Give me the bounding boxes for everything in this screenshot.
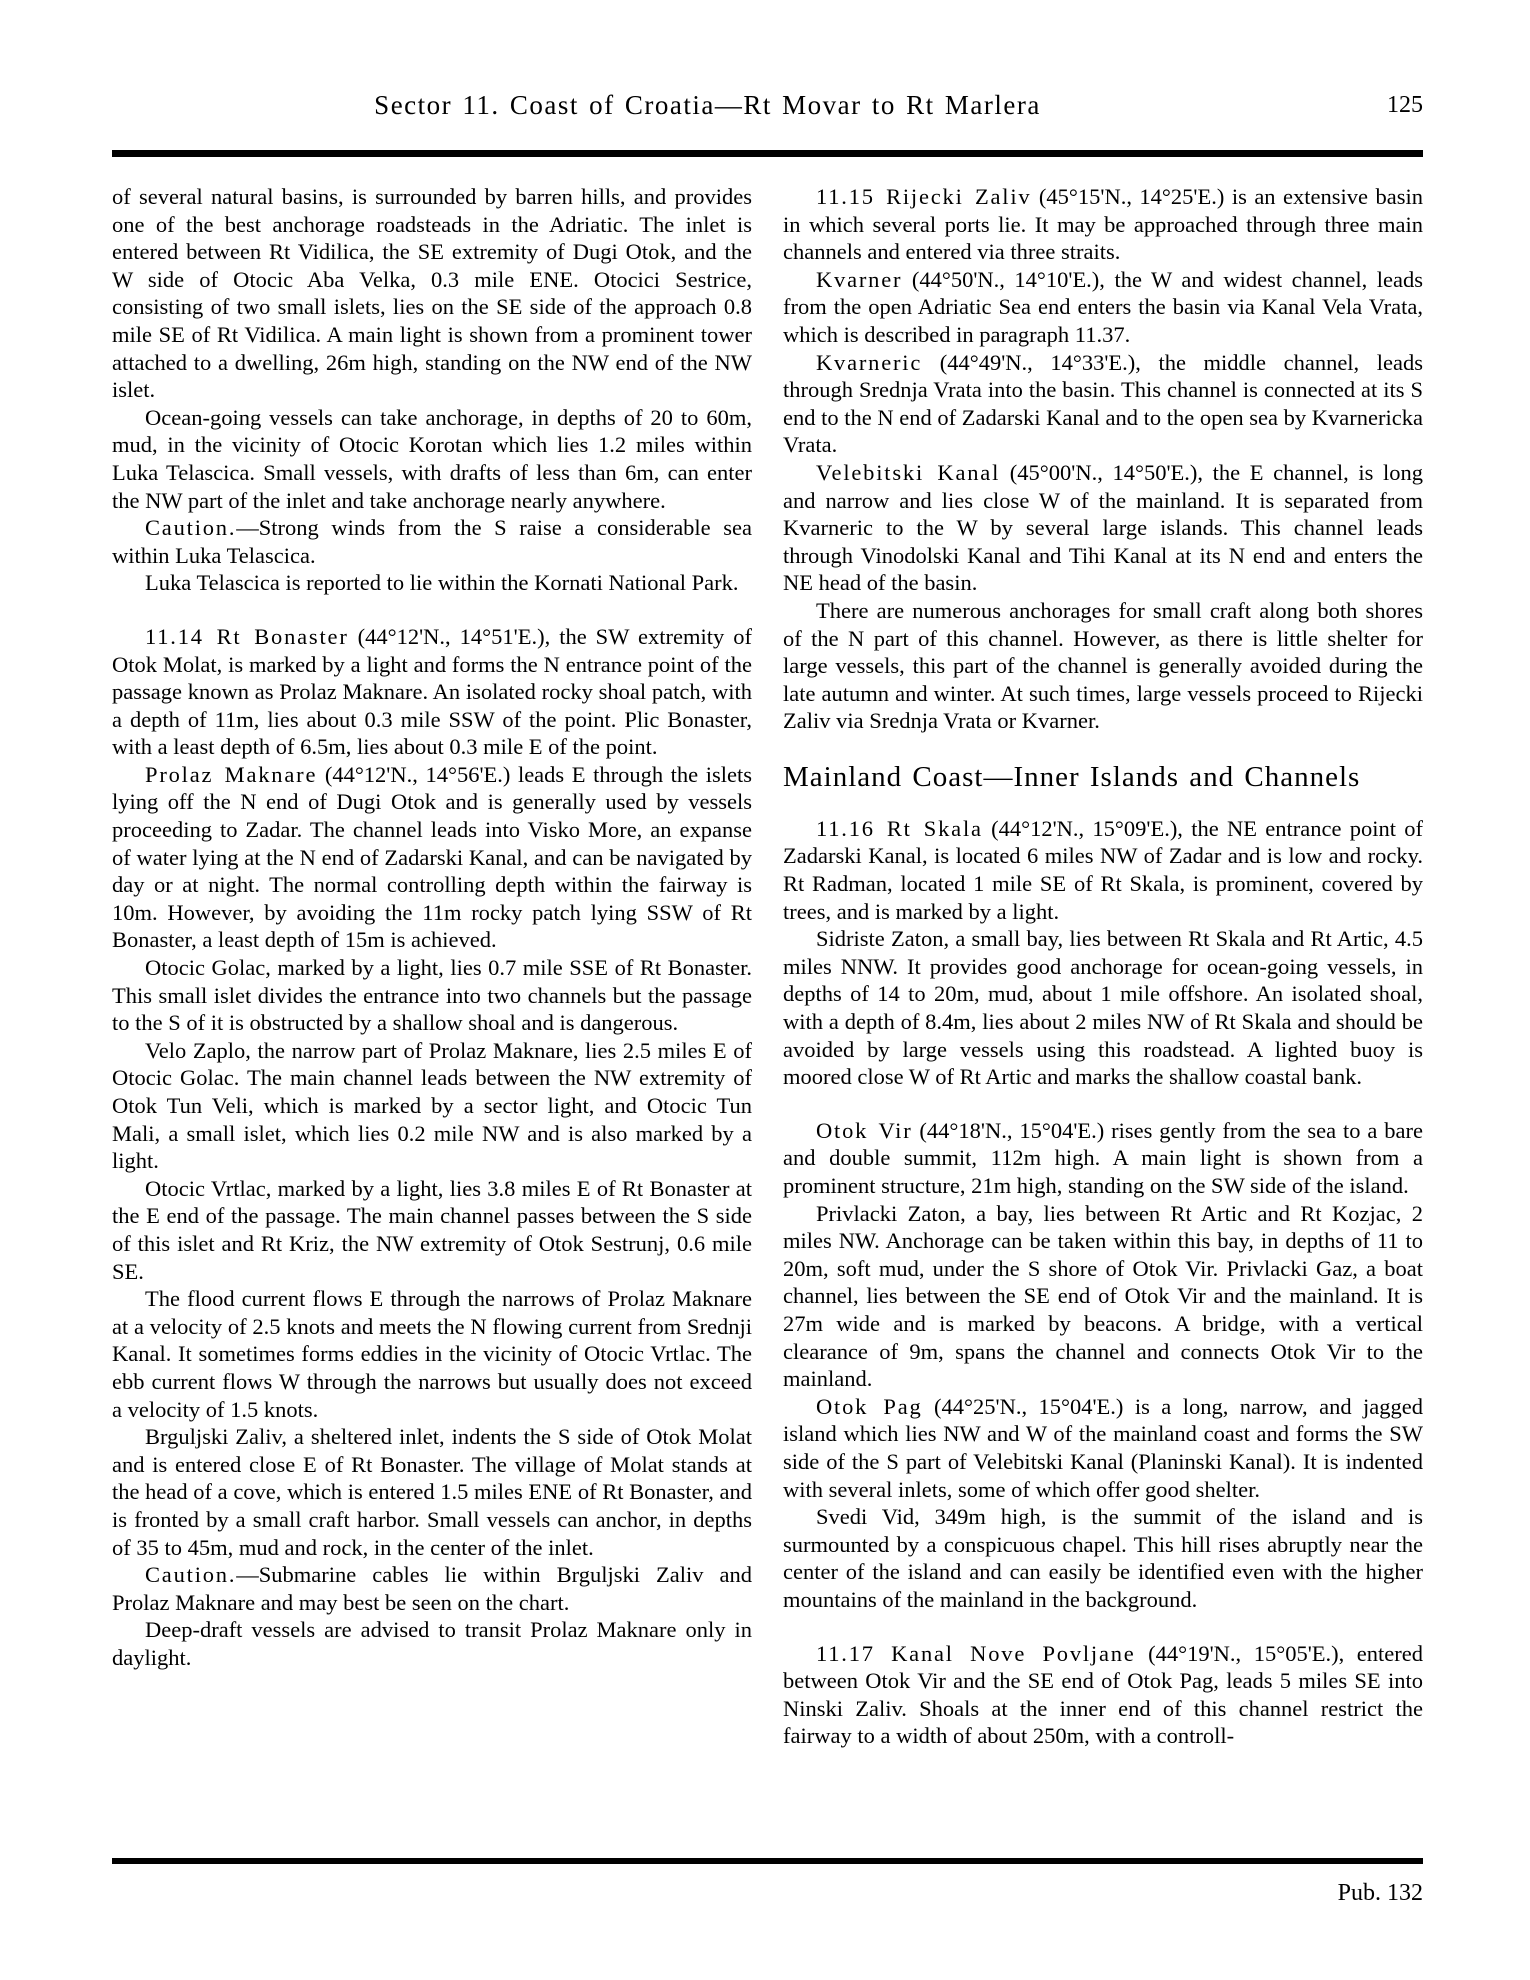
paragraph-lead: 11.17 Kanal Nove Povljane [816,1641,1136,1666]
paragraph: Sidriste Zaton, a small bay, lies betwee… [783,925,1423,1091]
header-rule [112,150,1423,157]
paragraph: The flood current flows E through the na… [112,1285,752,1423]
paragraph: Velo Zaplo, the narrow part of Prolaz Ma… [112,1037,752,1175]
paragraph: 11.14 Rt Bonaster (44°12'N., 14°51'E.), … [112,623,752,761]
paragraph-lead: 11.14 Rt Bonaster [145,624,349,649]
paragraph: Otocic Golac, marked by a light, lies 0.… [112,954,752,1037]
paragraph: Prolaz Maknare (44°12'N., 14°56'E.) lead… [112,761,752,954]
paragraph: 11.15 Rijecki Zaliv (45°15'N., 14°25'E.)… [783,183,1423,266]
page-footer: Pub. 132 [1338,1880,1423,1907]
paragraph: Svedi Vid, 349m high, is the summit of t… [783,1503,1423,1613]
paragraph: 11.16 Rt Skala (44°12'N., 15°09'E.), the… [783,815,1423,925]
paragraph: Kvarneric (44°49'N., 14°33'E.), the midd… [783,349,1423,459]
section-heading: Mainland Coast—Inner Islands and Channel… [783,761,1423,793]
paragraph: There are numerous anchorages for small … [783,597,1423,735]
paragraph-lead: Caution. [145,515,236,540]
paragraph: Luka Telascica is reported to lie within… [112,569,752,597]
paragraph-lead: Otok Vir [816,1118,913,1143]
paragraph-lead: Prolaz Maknare [145,762,317,787]
paragraph-lead: Otok Pag [816,1394,923,1419]
paragraph: of several natural basins, is surrounded… [112,183,752,404]
paragraph: Otok Vir (44°18'N., 15°04'E.) rises gent… [783,1117,1423,1200]
publication-number: Pub. 132 [1338,1880,1423,1906]
footer-rule [112,1858,1423,1864]
paragraph: Velebitski Kanal (45°00'N., 14°50'E.), t… [783,459,1423,597]
paragraph-lead: Kvarneric [816,350,922,375]
right-column: 11.15 Rijecki Zaliv (45°15'N., 14°25'E.)… [783,183,1423,1750]
paragraph: Brguljski Zaliv, a sheltered inlet, inde… [112,1423,752,1561]
paragraph: Privlacki Zaton, a bay, lies between Rt … [783,1200,1423,1393]
document-page: Sector 11. Coast of Croatia—Rt Movar to … [0,0,1530,1980]
paragraph-lead: Kvarner [816,267,902,292]
paragraph: Caution.—Strong winds from the S raise a… [112,514,752,569]
paragraph: Deep-draft vessels are advised to transi… [112,1616,752,1671]
paragraph-lead: 11.16 Rt Skala [816,816,983,841]
left-column: of several natural basins, is surrounded… [112,183,752,1750]
paragraph: 11.17 Kanal Nove Povljane (44°19'N., 15°… [783,1640,1423,1750]
paragraph: Caution.—Submarine cables lie within Brg… [112,1561,752,1616]
page-number: 125 [1387,92,1423,119]
page-header: Sector 11. Coast of Croatia—Rt Movar to … [112,90,1423,130]
paragraph: Otok Pag (44°25'N., 15°04'E.) is a long,… [783,1393,1423,1503]
paragraph-lead: Caution. [145,1562,236,1587]
paragraph: Kvarner (44°50'N., 14°10'E.), the W and … [783,266,1423,349]
paragraph: Otocic Vrtlac, marked by a light, lies 3… [112,1175,752,1285]
paragraph: Ocean-going vessels can take anchorage, … [112,404,752,514]
paragraph-lead: Velebitski Kanal [816,460,1000,485]
page-content: of several natural basins, is surrounded… [112,183,1423,1750]
paragraph-lead: 11.15 Rijecki Zaliv [816,184,1031,209]
sector-title: Sector 11. Coast of Croatia—Rt Movar to … [112,90,1303,121]
